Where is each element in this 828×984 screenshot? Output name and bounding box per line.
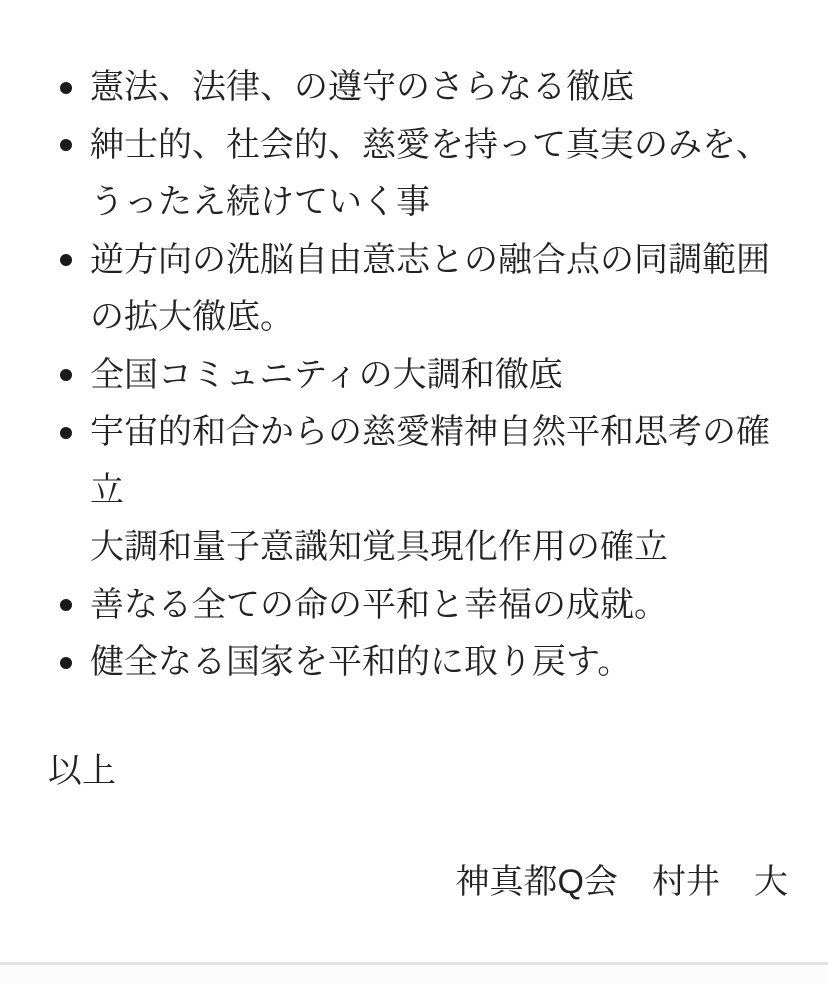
policy-list: 憲法、法律、の遵守のさらなる徹底紳士的、社会的、慈愛を持って真実のみを、うったえ… — [48, 59, 780, 692]
document-page: 憲法、法律、の遵守のさらなる徹底紳士的、社会的、慈愛を持って真実のみを、うったえ… — [0, 0, 828, 912]
list-item: 憲法、法律、の遵守のさらなる徹底 — [90, 59, 780, 117]
list-item: 紳士的、社会的、慈愛を持って真実のみを、うったえ続けていく事 — [90, 117, 780, 232]
footer-strip — [0, 965, 828, 984]
list-item: 健全なる国家を平和的に取り戻す。 — [90, 634, 780, 692]
list-item: 善なる全ての命の平和と幸福の成就。 — [90, 577, 780, 635]
list-item: 逆方向の洗脳自由意志との融合点の同調範囲の拡大徹底。 — [90, 232, 780, 347]
list-item: 全国コミュニティの大調和徹底 — [90, 347, 780, 405]
list-item: 宇宙的和合からの慈愛精神自然平和思考の確立 大調和量子意識知覚具現化作用の確立 — [90, 404, 780, 577]
signature-text: 神真都Q会 村井 大 — [48, 854, 788, 912]
closing-text: 以上 — [48, 743, 780, 801]
